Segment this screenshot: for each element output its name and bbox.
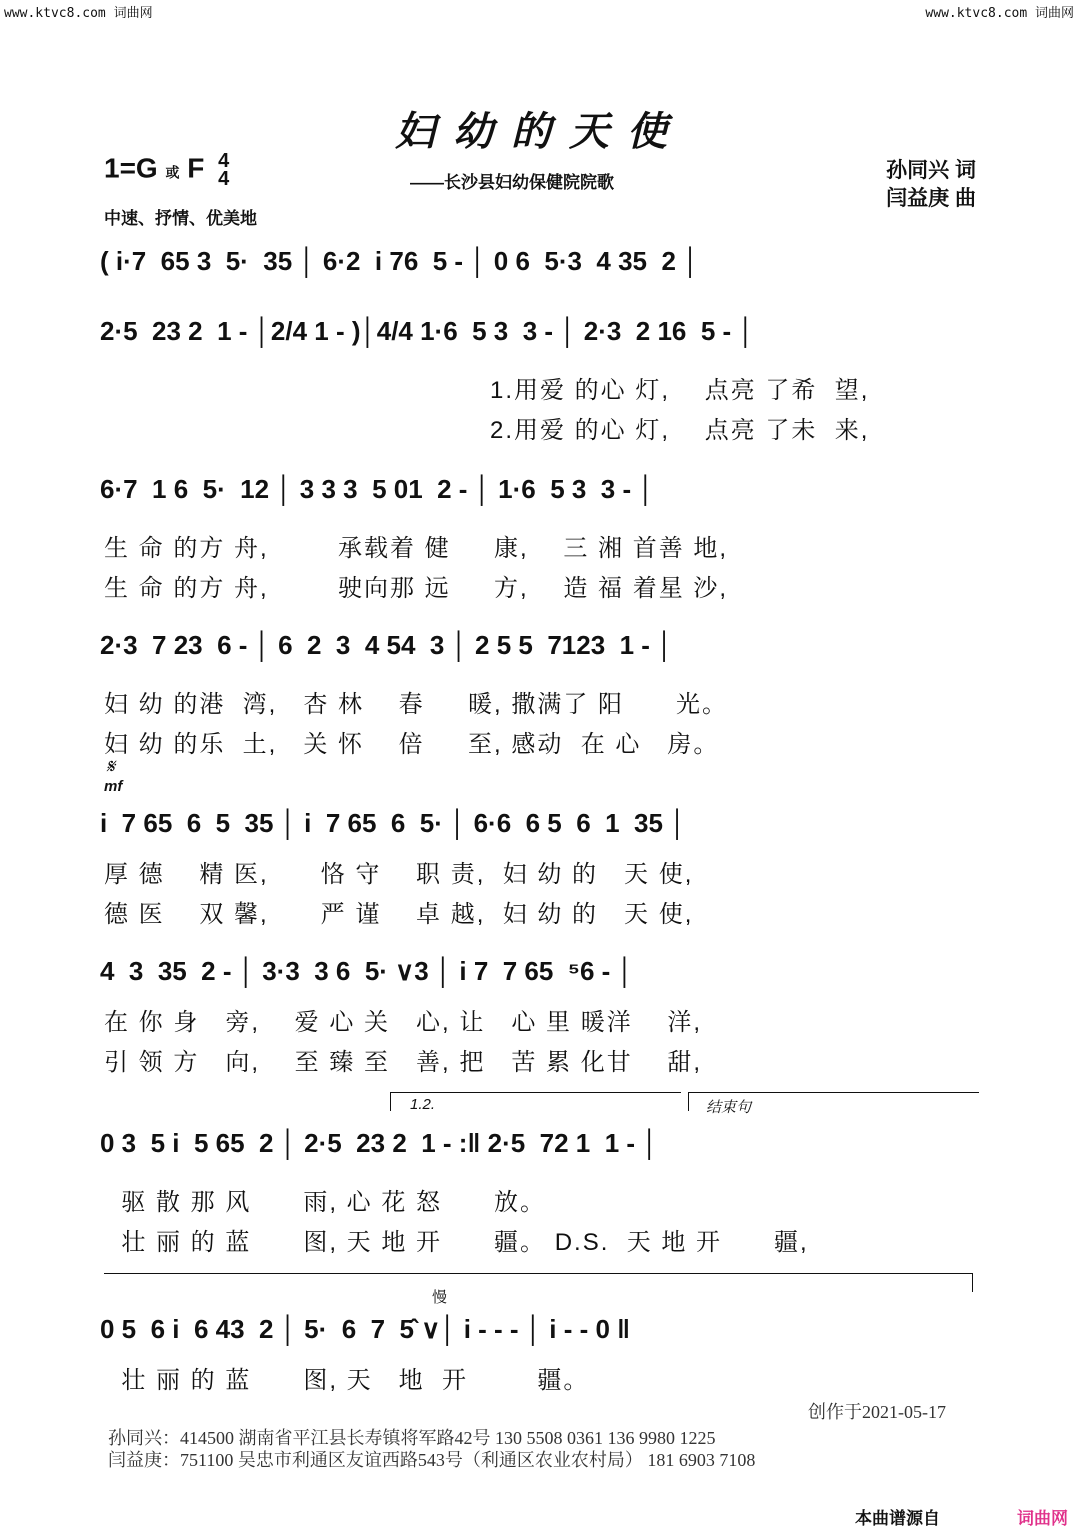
system-7-lyrics-2: 壮 丽 的 蓝 图, 天 地 开 疆。 D.S. 天 地 开 疆,	[104, 1222, 984, 1257]
creation-date: 创作于2021-05-17	[808, 1398, 946, 1424]
song-subtitle: ——长沙县妇幼保健院院歌	[410, 168, 614, 193]
volta-label-ending: 结束句	[706, 1096, 751, 1117]
system-5-lyrics-1: 厚 德 精 医, 恪 守 职 责, 妇 幼 的 天 使,	[104, 854, 984, 889]
watermark-left: www.ktvc8.com 词曲网	[4, 2, 153, 21]
tempo-marking: 中速、抒情、优美地	[104, 204, 257, 229]
time-signature: 44	[218, 152, 229, 188]
key-main: 1=G	[104, 152, 158, 183]
composer: 闫益庚 曲	[886, 182, 976, 212]
key-signature: 1=G 或 F 44	[104, 152, 229, 188]
system-2-lyrics-2: 2.用爱 的心 灯, 点亮 了未 来,	[490, 410, 1080, 445]
key-alt: F	[187, 152, 204, 183]
system-8-notes: 0 5 6 i 6 43 2 │ 5· 6 7 5̂ ∨│ i - - - │ …	[100, 1314, 980, 1345]
system-5-lyrics-2: 德 医 双 馨, 严 谨 卓 越, 妇 幼 的 天 使,	[104, 894, 984, 929]
system-7-lyrics-1: 驱 散 那 风 雨, 心 花 怒 放。	[104, 1182, 984, 1217]
source-label: 本曲谱源自	[855, 1504, 940, 1527]
system-2-notes: 2·5 23 2 1 - │2/4 1 - )│4/4 1·6 5 3 3 - …	[100, 316, 980, 347]
system-3-lyrics-2: 生 命 的方 舟, 驶向那 远 方, 造 福 着星 沙,	[104, 568, 984, 603]
system-6-lyrics-2: 引 领 方 向, 至 臻 至 善, 把 苦 累 化甘 甜,	[104, 1042, 984, 1077]
song-title: 妇幼的天使	[0, 100, 1080, 157]
contact-composer: 闫益庚：751100 吴忠市利通区友谊西路543号（利通区农业农村局） 181 …	[108, 1446, 755, 1472]
tempo-slow-mark: 慢	[432, 1286, 447, 1307]
system-5-notes: i 7 65 6 5 35 │ i 7 65 6 5· │ 6·6 6 5 6 …	[100, 808, 980, 839]
system-1-notes: ( i·7 65 3 5· 35 │ 6·2 i 76 5 - │ 0 6 5·…	[100, 246, 980, 277]
dynamic-mf: mf	[104, 778, 122, 795]
system-4-lyrics-2: 妇 幼 的乐 土, 关 怀 倍 至, 感动 在 心 房。	[104, 724, 984, 759]
key-or: 或	[165, 164, 179, 180]
source-site-link[interactable]: 词曲网	[1017, 1504, 1068, 1527]
system-3-notes: 6·7 1 6 5· 12 │ 3 3 3 5 01 2 - │ 1·6 5 3…	[100, 474, 980, 505]
system-7-notes: 0 3 5 i 5 65 2 │ 2·5 23 2 1 - :‖ 2·5 72 …	[100, 1128, 980, 1159]
system-3-lyrics-1: 生 命 的方 舟, 承载着 健 康, 三 湘 首善 地,	[104, 528, 984, 563]
volta-label-first: 1.2.	[410, 1096, 435, 1113]
ds-bracket	[104, 1273, 973, 1292]
system-4-lyrics-1: 妇 幼 的港 湾, 杏 林 春 暖, 撒满了 阳 光。	[104, 684, 984, 719]
system-8-lyrics-1: 壮 丽 的 蓝 图, 天 地 开 疆。	[104, 1360, 984, 1395]
time-bottom: 4	[218, 168, 229, 190]
segno-sign: 𝄋	[106, 756, 115, 779]
system-2-lyrics-1: 1.用爱 的心 灯, 点亮 了希 望,	[490, 370, 1080, 405]
system-6-notes: 4 3 35 2 - │ 3·3 3 6 5· ∨3 │ i 7 7 65 ⁵6…	[100, 956, 980, 987]
lyricist: 孙同兴 词	[886, 154, 976, 184]
sheet-music-page: www.ktvc8.com 词曲网 www.ktvc8.com 词曲网 妇幼的天…	[0, 0, 1080, 1527]
system-6-lyrics-1: 在 你 身 旁, 爱 心 关 心, 让 心 里 暖洋 洋,	[104, 1002, 984, 1037]
watermark-right: www.ktvc8.com 词曲网	[925, 2, 1074, 21]
system-4-notes: 2·3 7 23 6 - │ 6 2 3 4 54 3 │ 2 5 5 7123…	[100, 630, 980, 661]
